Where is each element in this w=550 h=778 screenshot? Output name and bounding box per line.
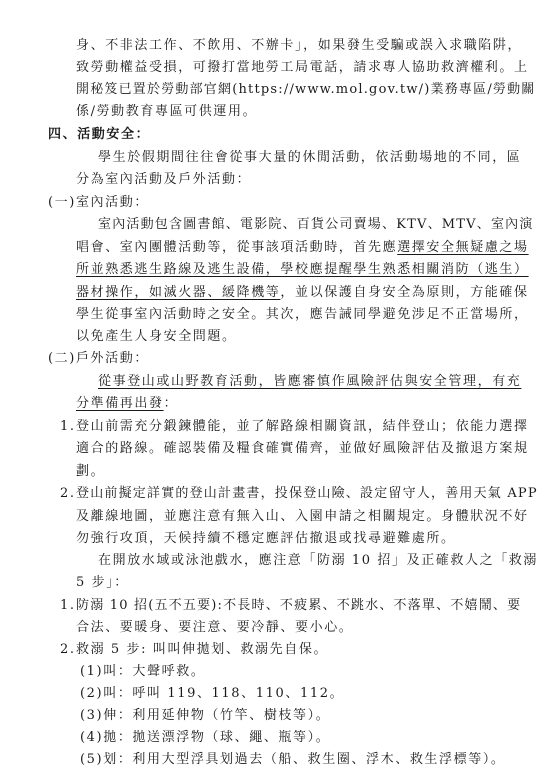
indoor-line-6: 以免產生人身安全問題。 bbox=[76, 329, 237, 345]
outdoor-intro-line-2-tail: ： bbox=[164, 396, 179, 411]
indoor-line-3-underlined: 所並熟悉逃生路線及逃生設備，學校應提醒學生熟悉相關消防（逃生） bbox=[76, 262, 529, 277]
indoor-line-2-underlined: 選擇安全無疑慮之場 bbox=[397, 240, 528, 255]
outdoor-item-1-line-3: 劃。 bbox=[76, 464, 105, 480]
indoor-heading: (一)室內活動： bbox=[48, 195, 149, 211]
outdoor-item-1-num: 1. bbox=[60, 419, 76, 435]
outdoor-item-2-line-3: 勿強行攻頂，天候持續不穩定應評估撤退或找尋避難處所。 bbox=[76, 531, 456, 547]
indoor-line-4: 器材操作，如滅火器、緩降機等，並以保護自身安全為原則，方能確保 bbox=[76, 285, 529, 301]
rescue-step-4: (4)拋：拋送漂浮物（球、繩、瓶等）。 bbox=[80, 730, 330, 746]
intro-line-3: 開秘笈已置於勞動部官網(https://www.mol.gov.tw/)業務專區… bbox=[76, 82, 536, 98]
indoor-line-3: 所並熟悉逃生路線及逃生設備，學校應提醒學生熟悉相關消防（逃生） bbox=[76, 262, 529, 278]
water-item-1-line-1: 防溺 10 招(五不五要):不長時、不疲累、不跳水、不落單、不嬉鬧、要 bbox=[76, 598, 521, 614]
indoor-line-1: 室內活動包含圖書館、電影院、百貨公司賣場、KTV、MTV、室內演 bbox=[98, 217, 534, 233]
outdoor-item-1-line-2: 適合的路線。確認裝備及糧食確實備齊，並做好風險評估及撤退方案規 bbox=[76, 441, 529, 457]
rescue-step-3: (3)伸：利用延伸物（竹竿、樹枝等）。 bbox=[80, 708, 330, 724]
outdoor-intro-line-2: 分準備再出發： bbox=[76, 396, 178, 412]
section-intro-line-1: 學生於假期間往往會從事大量的休閒活動，依活動場地的不同，區 bbox=[98, 150, 521, 166]
water-item-2-num: 2. bbox=[60, 642, 76, 658]
intro-line-4: 係/勞動教育專區可供運用。 bbox=[76, 104, 257, 120]
intro-line-1: 身、不非法工作、不飲用、不辦卡」，如果發生受騙或誤入求職陷阱， bbox=[76, 38, 522, 54]
outdoor-item-2-line-2: 及離線地圖，並應注意有無入山、入園申請之相關規定。身體狀況不好 bbox=[76, 509, 529, 525]
rescue-step-5: (5)划：利用大型浮具划過去（船、救生圈、浮木、救生浮標等）。 bbox=[80, 752, 506, 768]
rescue-step-1: (1)叫：大聲呼救。 bbox=[80, 664, 205, 680]
outdoor-intro-line-1: 從事登山或山野教育活動，皆應審慎作風險評估與安全管理，有充 bbox=[98, 374, 521, 390]
water-item-2-line-1: 救溺 5 步: 叫叫伸拋划、救溺先自保。 bbox=[76, 642, 328, 658]
indoor-line-2: 唱會、室內團體活動等，從事該項活動時，首先應選擇安全無疑慮之場 bbox=[76, 240, 529, 256]
outdoor-item-2-line-1: 登山前擬定詳實的登山計畫書，投保登山險、設定留守人，善用天氣 APP bbox=[76, 486, 538, 502]
outdoor-heading: (二)戶外活動： bbox=[48, 351, 149, 367]
water-intro-line-2: 5 步」： bbox=[76, 575, 129, 591]
water-item-1-num: 1. bbox=[60, 598, 76, 614]
rescue-step-2: (2)叫：呼叫 119、118、110、112。 bbox=[80, 686, 344, 702]
document-page: 身、不非法工作、不飲用、不辦卡」，如果發生受騙或誤入求職陷阱， 致勞動權益受損，… bbox=[0, 0, 550, 778]
indoor-line-4-underlined: 器材操作，如滅火器、緩降機等 bbox=[76, 285, 280, 300]
indoor-line-4-plain: ，並以保護自身安全為原則，方能確保 bbox=[280, 285, 528, 300]
section-intro-line-2: 分為室內活動及戶外活動： bbox=[76, 172, 251, 188]
water-item-1-line-2: 合法、要暖身、要注意、要冷靜、要小心。 bbox=[76, 620, 353, 636]
outdoor-item-1-line-1: 登山前需充分鍛鍊體能，並了解路線相關資訊，結伴登山；依能力選擇 bbox=[76, 419, 529, 435]
outdoor-item-2-num: 2. bbox=[60, 486, 76, 502]
intro-line-2: 致勞動權益受損，可撥打當地勞工局電話，請求專人協助救濟權利。上 bbox=[76, 60, 529, 76]
indoor-line-2-plain: 唱會、室內團體活動等，從事該項活動時，首先應 bbox=[76, 240, 397, 255]
indoor-line-5: 學生從事室內活動時之安全。其次，應告誡同學避免涉足不正當場所， bbox=[76, 307, 529, 323]
section-heading: 四、活動安全： bbox=[48, 127, 150, 143]
outdoor-intro-line-2-underlined: 分準備再出發 bbox=[76, 396, 164, 411]
water-intro-line-1: 在開放水域或泳池戲水，應注意「防溺 10 招」及正確救人之「救溺 bbox=[98, 553, 538, 569]
